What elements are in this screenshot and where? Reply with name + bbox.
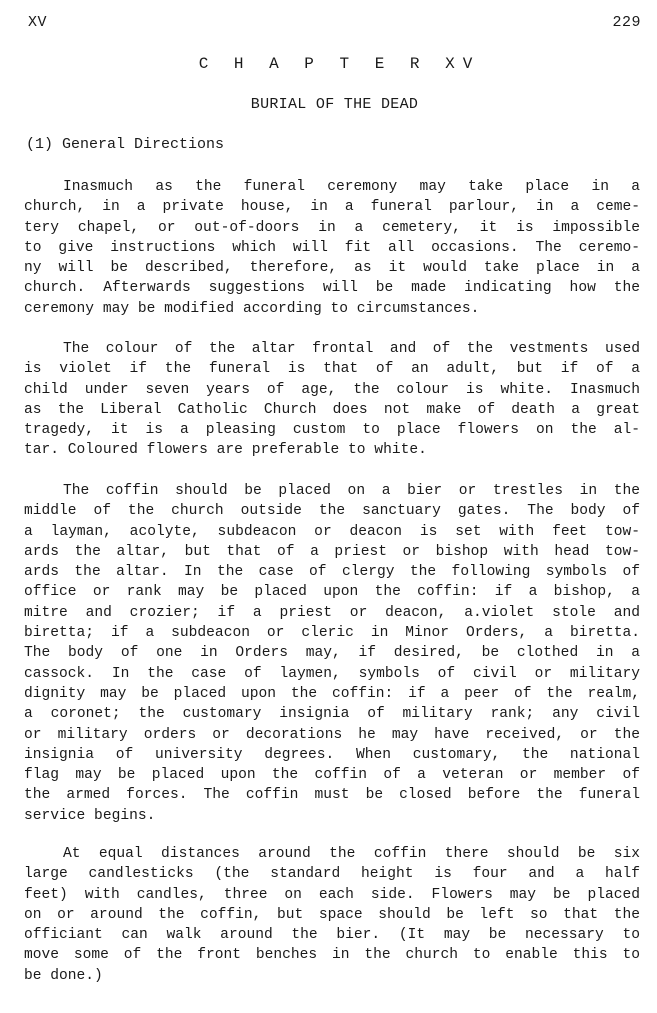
text-line: service begins. [24,806,640,826]
text-line: large candlesticks (the standard height … [24,864,640,884]
paragraph-altar-colours: The colour of the altar frontal and of t… [24,339,640,461]
text-line: The body of one in Orders may, if desire… [24,643,640,663]
text-line: ards the altar. In the case of clergy th… [24,562,640,582]
paragraph-funeral-locations: Inasmuch as the funeral ceremony may tak… [24,177,640,319]
text-line: biretta; if a subdeacon or cleric in Min… [24,623,640,643]
paragraph-candlesticks: At equal distances around the coffin the… [24,844,640,986]
section-heading: (1) General Directions [26,136,224,153]
text-line: The coffin should be placed on a bier or… [24,481,640,501]
text-line: on or around the coffin, but space shoul… [24,905,640,925]
text-line: office or rank may be placed upon the co… [24,582,640,602]
text-line: as the Liberal Catholic Church does not … [24,400,640,420]
chapter-subtitle: BURIAL OF THE DEAD [0,96,657,113]
chapter-title: C H A P T E R XV [0,55,657,73]
text-line: church. Afterwards suggestions will be m… [24,278,640,298]
text-line: middle of the church outside the sanctua… [24,501,640,521]
text-line: to give instructions which will fit all … [24,238,640,258]
text-line: a layman, acolyte, subdeacon or deacon i… [24,522,640,542]
text-line: move some of the front benches in the ch… [24,945,640,965]
text-line: is violet if the funeral is that of an a… [24,359,640,379]
text-line: flag may be placed upon the coffin of a … [24,765,640,785]
text-line: ny will be described, therefore, as it w… [24,258,640,278]
text-line: insignia of university degrees. When cus… [24,745,640,765]
text-line: child under seven years of age, the colo… [24,380,640,400]
text-line: cassock. In the case of laymen, symbols … [24,664,640,684]
text-line: officiant can walk around the bier. (It … [24,925,640,945]
page-number: 229 [612,14,641,31]
text-line: be done.) [24,966,640,986]
text-line: At equal distances around the coffin the… [24,844,640,864]
text-line: feet) with candles, three on each side. … [24,885,640,905]
text-line: tragedy, it is a pleasing custom to plac… [24,420,640,440]
paragraph-coffin-placement: The coffin should be placed on a bier or… [24,481,640,826]
text-line: tar. Coloured flowers are preferable to … [24,440,640,460]
text-line: tery chapel, or out-of-doors in a cemete… [24,218,640,238]
text-line: mitre and crozier; if a priest or deacon… [24,603,640,623]
text-line: ards the altar, but that of a priest or … [24,542,640,562]
text-line: dignity may be placed upon the coffin: i… [24,684,640,704]
text-line: church, in a private house, in a funeral… [24,197,640,217]
text-line: Inasmuch as the funeral ceremony may tak… [24,177,640,197]
text-line: The colour of the altar frontal and of t… [24,339,640,359]
running-head-chapter: XV [28,14,47,31]
text-line: the armed forces. The coffin must be clo… [24,785,640,805]
text-line: ceremony may be modified according to ci… [24,299,640,319]
text-line: or military orders or decorations he may… [24,725,640,745]
text-line: a coronet; the customary insignia of mil… [24,704,640,724]
